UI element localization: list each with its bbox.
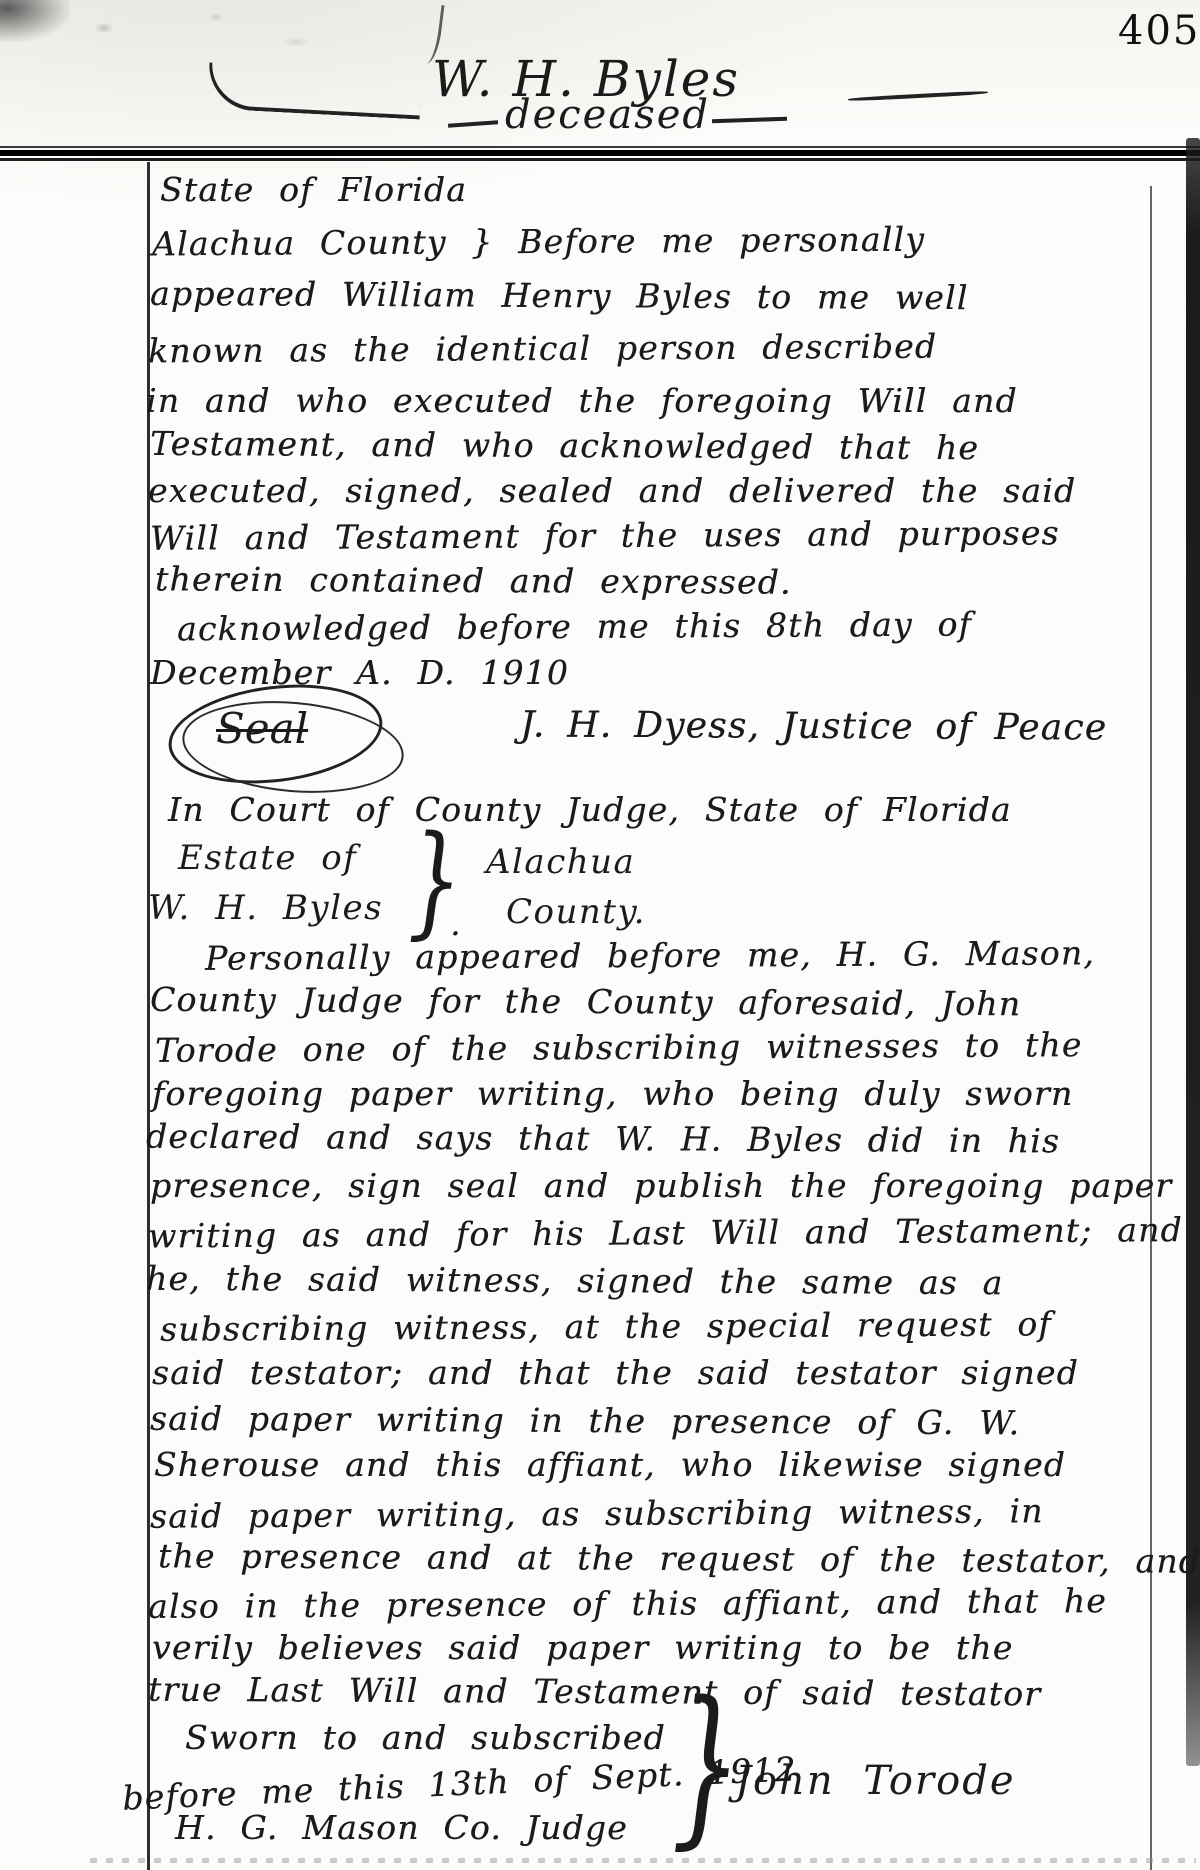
manuscript-line: executed, signed, sealed and delivered t… <box>148 471 1076 510</box>
manuscript-line: J. H. Dyess, Justice of Peace <box>520 704 1107 748</box>
manuscript-line: Testament, and who acknowledged that he <box>150 424 979 467</box>
manuscript-line: verily believes said paper writing to be… <box>152 1628 1013 1667</box>
manuscript-line: in and who executed the foregoing Will a… <box>146 381 1018 420</box>
manuscript-line: appeared William Henry Byles to me well <box>150 274 969 317</box>
manuscript-line: County Judge for the County aforesaid, J… <box>150 980 1021 1024</box>
attestation-brace: } <box>671 1684 742 1846</box>
manuscript-line: presence, sign seal and publish the fore… <box>150 1166 1172 1205</box>
seal-label: Seal <box>216 704 308 753</box>
manuscript-line: declared and says that W. H. Byles did i… <box>146 1117 1060 1161</box>
document-subtitle: deceased <box>505 92 710 138</box>
scan-noise-bottom <box>90 1858 1196 1863</box>
attestation-line-3: H. G. Mason Co. Judge <box>175 1808 628 1847</box>
manuscript-line: therein contained and expressed. <box>155 559 792 601</box>
manuscript-line: writing as and for his Last Will and Tes… <box>148 1210 1200 1256</box>
header-divider-rule <box>0 146 1200 162</box>
manuscript-line: subscribing witness, at the special requ… <box>160 1304 1052 1348</box>
manuscript-line: Torode one of the subscribing witnesses … <box>155 1025 1083 1070</box>
manuscript-line: said testator; and that the said testato… <box>152 1353 1079 1392</box>
attestation-line-1: Sworn to and subscribed <box>185 1718 666 1757</box>
manuscript-line: he, the said witness, signed the same as… <box>146 1259 1004 1302</box>
manuscript-line: said paper writing, as subscribing witne… <box>150 1491 1044 1535</box>
scan-noise <box>40 0 360 70</box>
estate-line-1: Estate of <box>178 838 357 878</box>
subtitle-dash-left <box>448 120 498 127</box>
estate-line-2: W. H. Byles <box>148 888 383 928</box>
attestation-block: Sworn to and subscribed before me this 1… <box>0 1700 1200 1870</box>
manuscript-line: acknowledged before me this 8th day of <box>177 605 972 649</box>
manuscript-line: State of Florida <box>160 170 467 209</box>
estate-county-line-2: County. <box>506 892 646 932</box>
page-number: 405 <box>1118 8 1200 54</box>
witness-signature: John Torode <box>735 1758 1016 1804</box>
page-edge-shadow <box>1186 138 1200 1766</box>
estate-brace-period: . <box>450 904 461 944</box>
right-column-rule <box>1150 186 1152 1870</box>
notary-seal: Seal <box>168 686 383 782</box>
manuscript-line: the presence and at the request of the t… <box>158 1536 1200 1580</box>
manuscript-line: known as the identical person described <box>148 327 937 371</box>
manuscript-line: foregoing paper writing, who being duly … <box>152 1074 1073 1113</box>
estate-county-line-1: Alachua <box>486 842 635 882</box>
manuscript-line: Sherouse and this affiant, who likewise … <box>154 1445 1066 1484</box>
title-flourish-right <box>848 90 988 101</box>
manuscript-line: also in the presence of this affiant, an… <box>148 1581 1107 1626</box>
subtitle-dash-right <box>712 117 787 123</box>
manuscript-line: Will and Testament for the uses and purp… <box>150 513 1060 558</box>
manuscript-line: In Court of County Judge, State of Flori… <box>168 790 1012 829</box>
title-flourish-left <box>207 62 422 119</box>
estate-caption-block: Estate of W. H. Byles } . Alachua County… <box>148 838 788 943</box>
manuscript-line: said paper writing in the presence of G.… <box>150 1399 1020 1443</box>
scanned-ledger-page: 405 W. H. Byles deceased State of Florid… <box>0 0 1200 1870</box>
manuscript-line: Alachua County } Before me personally <box>152 220 925 264</box>
